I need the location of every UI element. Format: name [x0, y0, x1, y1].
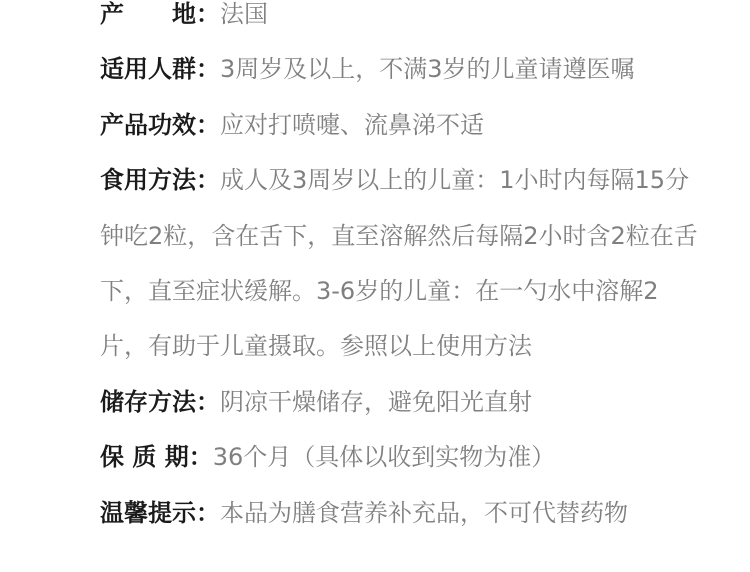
spec-row-tips: 温馨提示：本品为膳食营养补充品，不可代替药物 — [100, 486, 700, 541]
spec-label-effect: 产品功效： — [100, 111, 220, 139]
spec-row-target-users: 适用人群：3周岁及以上，不满3岁的儿童请遵医嘱 — [100, 42, 700, 97]
spec-value-storage: 阴凉干燥储存，避免阳光直射 — [220, 388, 532, 416]
spec-label-origin: 产 地： — [100, 0, 220, 28]
spec-value-usage: 成人及3周岁以上的儿童：1小时内每隔15分钟吃2粒，含在舌下，直至溶解然后每隔2… — [100, 166, 698, 360]
spec-label-tips: 温馨提示： — [100, 499, 220, 527]
spec-value-shelf-life: 36个月（具体以收到实物为准） — [213, 443, 556, 471]
product-description-sheet: 产 地：法国 适用人群：3周岁及以上，不满3岁的儿童请遵医嘱 产品功效：应对打喷… — [0, 0, 750, 572]
spec-label-shelf-life: 保 质 期： — [100, 443, 213, 471]
spec-label-usage: 食用方法： — [100, 166, 220, 194]
spec-row-shelf-life: 保 质 期：36个月（具体以收到实物为准） — [100, 430, 700, 485]
spec-row-effect: 产品功效：应对打喷嚏、流鼻涕不适 — [100, 98, 700, 153]
spec-row-origin: 产 地：法国 — [100, 0, 700, 42]
spec-label-target-users: 适用人群： — [100, 55, 220, 83]
spec-value-tips: 本品为膳食营养补充品，不可代替药物 — [220, 499, 628, 527]
spec-value-origin: 法国 — [220, 0, 268, 28]
spec-row-usage: 食用方法：成人及3周岁以上的儿童：1小时内每隔15分钟吃2粒，含在舌下，直至溶解… — [100, 153, 700, 375]
spec-value-effect: 应对打喷嚏、流鼻涕不适 — [220, 111, 484, 139]
spec-list: 产 地：法国 适用人群：3周岁及以上，不满3岁的儿童请遵医嘱 产品功效：应对打喷… — [100, 0, 700, 541]
spec-value-target-users: 3周岁及以上，不满3岁的儿童请遵医嘱 — [220, 55, 635, 83]
spec-row-storage: 储存方法：阴凉干燥储存，避免阳光直射 — [100, 375, 700, 430]
spec-label-storage: 储存方法： — [100, 388, 220, 416]
